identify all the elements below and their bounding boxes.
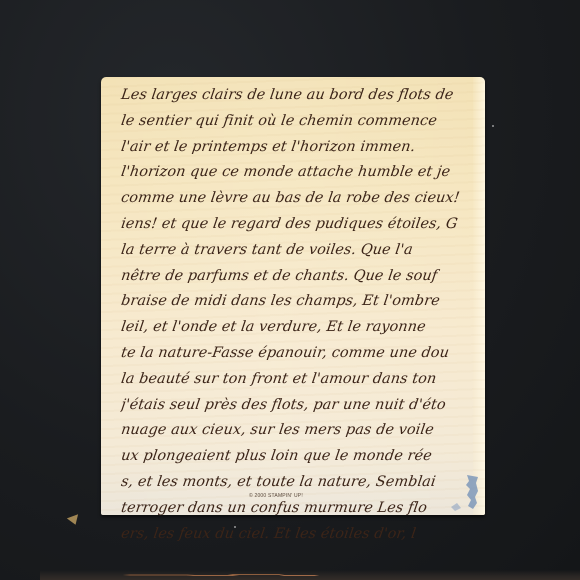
script-line: j'étais seul près des flots, par une nui… [119, 393, 467, 419]
script-line: ux plongeaient plus loin que le monde ré… [119, 444, 467, 470]
blue-ink-smudge-icon [449, 473, 479, 511]
script-line: l'air et le printemps et l'horizon immen… [119, 135, 467, 161]
script-line: ers, les feux du ciel. Et les étoiles d'… [119, 522, 467, 548]
script-line: la terre à travers tant de voiles. Que l… [119, 238, 467, 264]
script-line: terroger dans un confus murmure Les flo [119, 496, 467, 522]
script-line: leil, et l'onde et la verdure, Et le ray… [119, 315, 467, 341]
wooden-stamp-block: Les larges clairs de lune au bord des fl… [101, 77, 485, 515]
script-line: nêtre de parfums et de chants. Que le so… [119, 264, 467, 290]
script-line: te la nature-Fasse épanouir, comme une d… [119, 341, 467, 367]
script-line: comme une lèvre au bas de la robe des ci… [119, 186, 467, 212]
copyright-mark: © 2000 STAMPIN' UP! [249, 493, 303, 499]
script-line: Les larges clairs de lune au bord des fl… [119, 83, 467, 109]
script-line: l'horizon que ce monde attache humble et… [119, 160, 467, 186]
dust-speck [492, 125, 494, 127]
script-line: nuage aux cieux, sur les mers pas de voi… [119, 418, 467, 444]
script-line: braise de midi dans les champs, Et l'omb… [119, 289, 467, 315]
script-line: la beauté sur ton front et l'amour dans … [119, 367, 467, 393]
script-line: s, et les monts, et toute la nature, Sem… [119, 470, 467, 496]
script-line: iens! et que le regard des pudiques étoi… [119, 212, 467, 238]
handwritten-french-script: Les larges clairs de lune au bord des fl… [121, 83, 465, 547]
script-line: le sentier qui finit où le chemin commen… [119, 109, 467, 135]
rusty-surface-edge [40, 570, 580, 580]
